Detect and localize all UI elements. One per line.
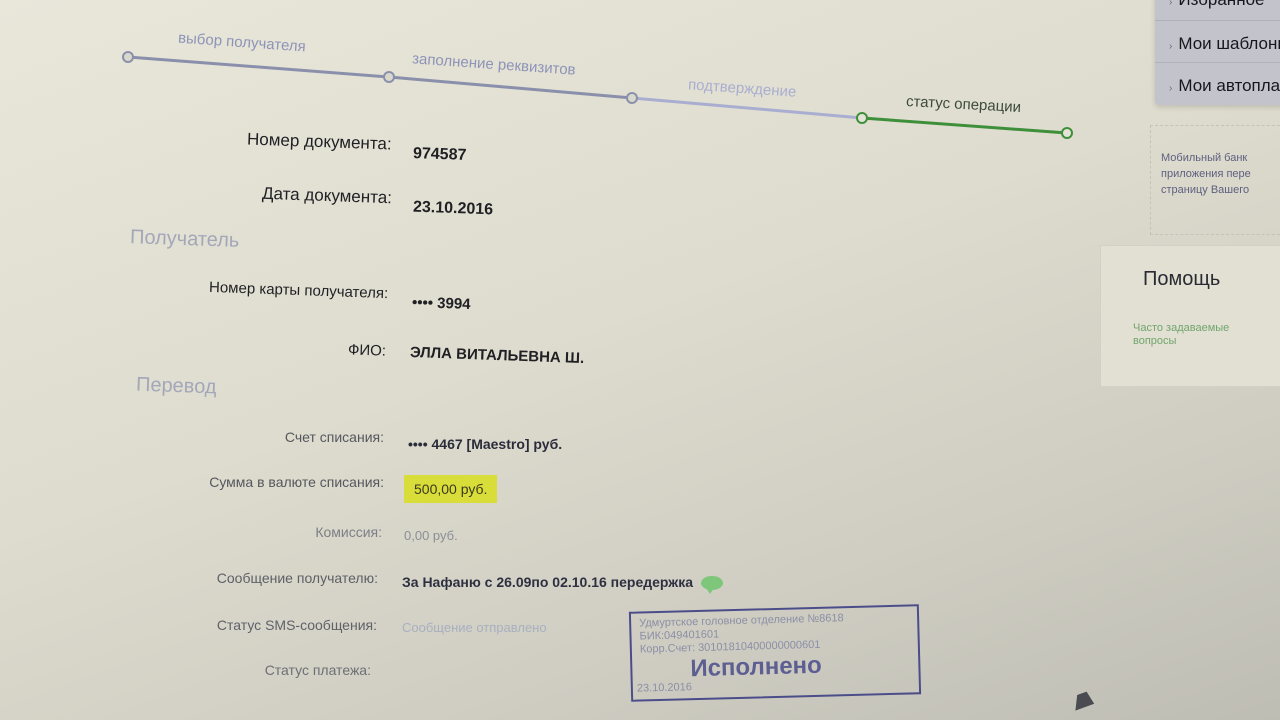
document-number-value: 974587: [413, 145, 467, 165]
recipient-name-label: ФИО:: [348, 341, 387, 359]
amount-label: Сумма в валюте списания:: [209, 474, 384, 490]
divider: [1155, 62, 1280, 63]
message-value: За Нафаню с 26.09по 02.10.16 передержка: [402, 574, 723, 590]
step-dot: [123, 52, 133, 62]
chevron-right-icon: ›: [1169, 41, 1172, 52]
step-dot: [1062, 128, 1072, 138]
step-dot: [384, 72, 394, 82]
transfer-section-title: Перевод: [136, 374, 217, 400]
divider: [1155, 20, 1280, 21]
stamp-status: Исполнено: [690, 659, 822, 675]
payment-executed-stamp: Удмуртское головное отделение №8618 БИК:…: [629, 604, 921, 702]
step-dot: [857, 113, 867, 123]
document-number-label: Номер документа:: [247, 129, 392, 154]
recipient-card-value: •••• 3994: [412, 294, 471, 313]
promo-line: приложения пере: [1161, 166, 1280, 182]
sidebar-item-autopayments[interactable]: ›Мои автоплатежи: [1169, 76, 1280, 96]
payment-status-label: Статус платежа:: [265, 662, 371, 678]
fee-value: 0,00 руб.: [404, 528, 458, 543]
sms-status-label: Статус SMS-сообщения:: [217, 617, 377, 633]
document-date-label: Дата документа:: [262, 184, 393, 209]
sidebar-item-favorites[interactable]: ›Избранное: [1169, 0, 1265, 10]
chevron-right-icon: ›: [1169, 83, 1172, 94]
progress-stepper: выбор получателя заполнение реквизитов п…: [0, 0, 1100, 150]
document-date-value: 23.10.2016: [413, 199, 494, 220]
promo-line: страницу Вашего: [1161, 182, 1280, 198]
chevron-right-icon: ›: [1169, 0, 1172, 8]
sidebar-menu: ›Избранное ›Мои шаблоны ›Мои автоплатежи: [1155, 0, 1280, 105]
recipient-section-title: Получатель: [130, 226, 240, 253]
help-panel: Помощь Часто задаваемые вопросы: [1100, 245, 1280, 387]
step-dot: [627, 93, 637, 103]
help-title: Помощь: [1143, 268, 1220, 291]
fee-label: Комиссия:: [315, 524, 382, 540]
sidebar-item-label: Мои автоплатежи: [1178, 76, 1280, 95]
sidebar-item-label: Мои шаблоны: [1178, 34, 1280, 53]
debit-account-label: Счет списания:: [285, 429, 384, 445]
promo-line: Мобильный банк: [1161, 150, 1280, 166]
faq-link[interactable]: Часто задаваемые вопросы: [1133, 322, 1263, 348]
sidebar-item-templates[interactable]: ›Мои шаблоны: [1169, 34, 1280, 54]
recipient-card-label: Номер карты получателя:: [209, 279, 389, 302]
mobile-bank-promo[interactable]: Мобильный банк приложения пере страницу …: [1150, 125, 1280, 235]
speech-bubble-icon[interactable]: [701, 576, 723, 590]
sms-status-value: Сообщение отправлено: [402, 620, 547, 635]
stamp-date: 23.10.2016: [637, 681, 692, 695]
recipient-name-value: ЭЛЛА ВИТАЛЬЕВНА Ш.: [410, 344, 585, 367]
message-text: За Нафаню с 26.09по 02.10.16 передержка: [402, 574, 693, 590]
sidebar-item-label: Избранное: [1178, 0, 1264, 9]
amount-value: 500,00 руб.: [404, 475, 497, 503]
debit-account-value: •••• 4467 [Maestro] руб.: [408, 436, 562, 452]
payment-status-page: выбор получателя заполнение реквизитов п…: [0, 0, 1280, 720]
mouse-cursor-icon: [1066, 677, 1094, 710]
message-label: Сообщение получателю:: [217, 570, 378, 586]
